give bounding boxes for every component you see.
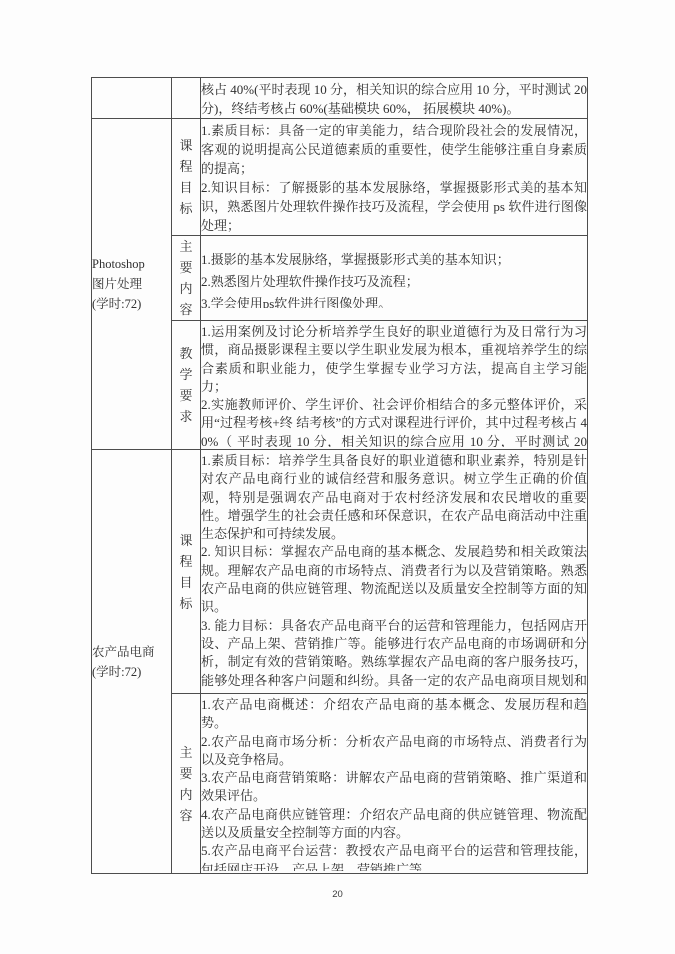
section-label-cell: 课程目标 [172, 119, 201, 236]
cell-paragraph: 1.农产品电商概述：介绍农产品电商的基本概念、发展历程和趋势。 [201, 696, 587, 733]
cell-paragraph: 1.素质目标：培养学生具备良好的职业道德和职业素养，特别是针对农产品电商行业的诚… [201, 452, 587, 543]
cell-paragraph: 5.农产品电商平台运营：教授农产品电商平台的运营和管理技能，包括网店开设、产品上… [201, 842, 587, 871]
cell-paragraph: 2.熟悉图片处理软件操作技巧及流程； [201, 272, 587, 291]
course-name-cell-agri-ecommerce: 农产品电商 (学时:72) [92, 450, 172, 874]
table-row-agri-goals: 农产品电商 (学时:72) 课程目标 1.素质目标：培养学生具备良好的职业道德和… [92, 450, 588, 694]
cell-paragraph: 4.农产品电商供应链管理：介绍农产品电商的供应链管理、物流配送以及质量安全控制等… [201, 806, 587, 843]
cell-paragraph: 2.知识目标：了解摄影的基本发展脉络，掌握摄影形式美的基本知识，熟悉图片处理软件… [201, 178, 587, 233]
cell-paragraph: 2. 知识目标：掌握农产品电商的基本概念、发展趋势和相关政策法规。理解农产品电商… [201, 543, 587, 616]
cell-paragraph: 1.摄影的基本发展脉络，掌握摄影形式美的基本知识； [201, 250, 587, 269]
section-label: 主要内容 [179, 236, 193, 320]
table-row-continuation: 核占 40%(平时表现 10 分，相关知识的综合应用 10 分，平时测试 20 … [92, 78, 588, 119]
page-number: 20 [0, 889, 675, 900]
course-name-line: Photoshop [92, 254, 171, 274]
course-hours-line: (学时:72) [92, 662, 171, 682]
course-name-cell-photoshop: Photoshop 图片处理 (学时:72) [92, 119, 172, 450]
content-cell: 1.素质目标：具备一定的审美能力，结合现阶段社会的发展情况，客观的说明提高公民道… [201, 119, 588, 236]
course-name-cell-empty [92, 78, 172, 119]
cell-paragraph: 1.素质目标：具备一定的审美能力，结合现阶段社会的发展情况，客观的说明提高公民道… [201, 121, 587, 178]
section-label: 教学要求 [179, 343, 193, 427]
document-page: 核占 40%(平时表现 10 分，相关知识的综合应用 10 分，平时测试 20 … [0, 0, 675, 954]
cell-paragraph: 2.实施教师评价、学生评价、社会评价相结合的多元整体评价，采用“过程考核+终 结… [201, 396, 587, 447]
section-label: 课程目标 [179, 135, 193, 219]
content-cell: 1.素质目标：培养学生具备良好的职业道德和职业素养，特别是针对农产品电商行业的诚… [201, 450, 588, 694]
cell-paragraph: 核占 40%(平时表现 10 分，相关知识的综合应用 10 分，平时测试 20 … [201, 80, 587, 117]
course-hours-line: (学时:72) [92, 294, 171, 314]
section-label-cell: 主要内容 [172, 694, 201, 874]
section-label-cell: 主要内容 [172, 236, 201, 321]
section-label: 课程目标 [179, 530, 193, 614]
cell-paragraph: 3. 能力目标：具备农产品电商平台的运营和管理能力，包括网店开设、产品上架、营销… [201, 617, 587, 691]
course-syllabus-table: 核占 40%(平时表现 10 分，相关知识的综合应用 10 分，平时测试 20 … [91, 77, 588, 874]
section-label-cell-empty [172, 78, 201, 119]
cell-paragraph: 2.农产品电商市场分析：分析农产品电商的市场特点、消费者行为以及竞争格局。 [201, 733, 587, 770]
cell-paragraph: 3.学会使用ps软件进行图像处理。 [201, 294, 587, 308]
content-cell: 1.运用案例及讨论分析培养学生良好的职业道德行为及日常行为习惯，商品摄影课程主要… [201, 321, 588, 450]
content-cell: 1.摄影的基本发展脉络，掌握摄影形式美的基本知识； 2.熟悉图片处理软件操作技巧… [201, 236, 588, 321]
content-cell: 核占 40%(平时表现 10 分，相关知识的综合应用 10 分，平时测试 20 … [201, 78, 588, 119]
cell-paragraph: 1.运用案例及讨论分析培养学生良好的职业道德行为及日常行为习惯，商品摄影课程主要… [201, 323, 587, 396]
section-label-cell: 课程目标 [172, 450, 201, 694]
course-name-line: 图片处理 [92, 274, 171, 294]
section-label-cell: 教学要求 [172, 321, 201, 450]
cell-paragraph: 3.农产品电商营销策略：讲解农产品电商的营销策略、推广渠道和效果评估。 [201, 769, 587, 806]
course-name-line: 农产品电商 [92, 642, 171, 662]
section-label: 主要内容 [179, 742, 193, 826]
table-row-ps-goals: Photoshop 图片处理 (学时:72) 课程目标 1.素质目标：具备一定的… [92, 119, 588, 236]
content-cell: 1.农产品电商概述：介绍农产品电商的基本概念、发展历程和趋势。 2.农产品电商市… [201, 694, 588, 874]
